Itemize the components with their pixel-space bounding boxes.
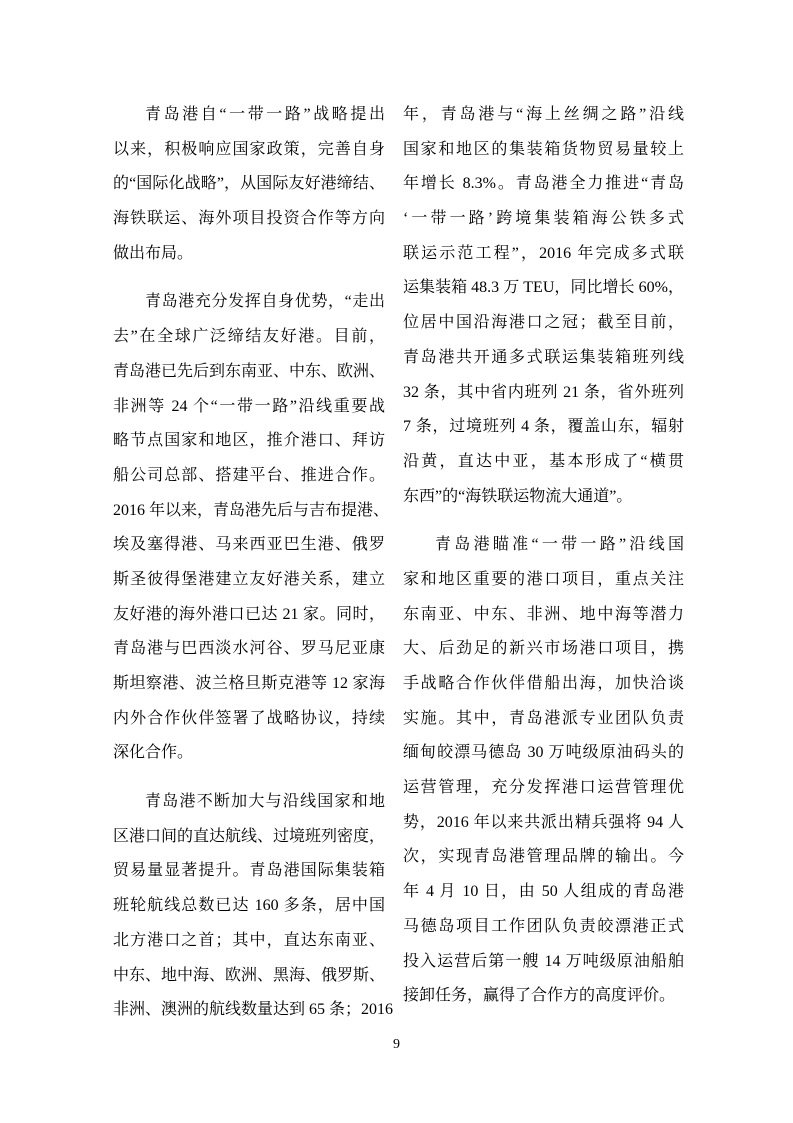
text-line: 运集装箱 48.3 万 TEU，同比增长 60%， [403, 271, 684, 306]
text-line: 位居中国沿海港口之冠；截至目前， [403, 306, 684, 341]
text-line: 青岛港不断加大与沿线国家和地 [113, 785, 385, 820]
paragraph: 青岛港不断加大与沿线国家和地区港口间的直达航线、过境班列密度，贸易量显著提升。青… [113, 785, 385, 1028]
text-line: 埃及塞得港、马来西亚巴生港、俄罗 [113, 528, 385, 563]
text-line: 青岛港与巴西淡水河谷、罗马尼亚康 [113, 632, 385, 667]
text-line: 略节点国家和地区，推介港口、拜访 [113, 424, 385, 459]
text-line: 深化合作。 [113, 736, 385, 771]
text-line: 的“国际化战略”，从国际友好港缔结、 [113, 167, 385, 202]
text-line: 沿黄，直达中亚，基本形成了“横贯 [403, 445, 684, 480]
text-line: 势，2016 年以来共派出精兵强将 94 人 [403, 806, 684, 841]
text-line: 32 条，其中省内班列 21 条，省外班列 [403, 376, 684, 411]
text-line: 船公司总部、搭建平台、推进合作。 [113, 459, 385, 494]
text-line: 内外合作伙伴签署了战略协议，持续 [113, 702, 385, 737]
text-line: 斯圣彼得堡港建立友好港关系，建立 [113, 563, 385, 598]
text-line: 青岛港瞄准“一带一路”沿线国 [403, 528, 684, 563]
text-column-left: 青岛港自“一带一路”战略提出以来，积极响应国家政策，完善自身的“国际化战略”，从… [113, 98, 385, 1042]
text-line: 接卸任务，赢得了合作方的高度评价。 [403, 979, 684, 1014]
text-line: 次，实现青岛港管理品牌的输出。今 [403, 840, 684, 875]
text-line: 青岛港充分发挥自身优势，“走出 [113, 285, 385, 320]
text-line: 非洲等 24 个“一带一路”沿线重要战 [113, 390, 385, 425]
paragraph: 青岛港自“一带一路”战略提出以来，积极响应国家政策，完善自身的“国际化战略”，从… [113, 98, 385, 271]
text-line: 年，青岛港与“海上丝绸之路”沿线 [403, 98, 684, 133]
text-line: 班轮航线总数已达 160 多条，居中国 [113, 889, 385, 924]
text-line: 缅甸皎漂马德岛 30 万吨级原油码头的 [403, 736, 684, 771]
text-line: 2016 年以来，青岛港先后与吉布提港、 [113, 494, 385, 529]
text-line: 青岛港共开通多式联运集装箱班列线 [403, 341, 684, 376]
text-line: 海铁联运、海外项目投资合作等方向 [113, 202, 385, 237]
text-line: 青岛港已先后到东南亚、中东、欧洲、 [113, 355, 385, 390]
text-line: 斯坦察港、波兰格旦斯克港等 12 家海 [113, 667, 385, 702]
text-line: 年 4 月 10 日，由 50 人组成的青岛港 [403, 875, 684, 910]
text-line: 东南亚、中东、非洲、地中海等潜力 [403, 598, 684, 633]
text-line: 北方港口之首；其中，直达东南亚、 [113, 924, 385, 959]
text-line: 联运示范工程”，2016 年完成多式联 [403, 237, 684, 272]
text-line: 投入运营后第一艘 14 万吨级原油船舶 [403, 945, 684, 980]
text-line: 做出布局。 [113, 237, 385, 272]
text-line: 家和地区重要的港口项目，重点关注 [403, 563, 684, 598]
paragraph: 青岛港瞄准“一带一路”沿线国家和地区重要的港口项目，重点关注东南亚、中东、非洲、… [403, 528, 684, 1014]
text-line: 7 条，过境班列 4 条，覆盖山东，辐射 [403, 410, 684, 445]
text-line: 手战略合作伙伴借船出海，加快洽谈 [403, 667, 684, 702]
text-line: 以来，积极响应国家政策，完善自身 [113, 133, 385, 168]
text-line: 东西”的“海铁联运物流大通道”。 [403, 480, 684, 515]
text-line: 马德岛项目工作团队负责皎漂港正式 [403, 910, 684, 945]
text-column-right: 年，青岛港与“海上丝绸之路”沿线国家和地区的集装箱货物贸易量较上年增长 8.3%… [403, 98, 684, 1028]
text-line: 非洲、澳洲的航线数量达到 65 条；2016 [113, 993, 385, 1028]
text-line: 贸易量显著提升。青岛港国际集装箱 [113, 854, 385, 889]
page-number: 9 [0, 1036, 793, 1054]
document-page: 青岛港自“一带一路”战略提出以来，积极响应国家政策，完善自身的“国际化战略”，从… [0, 0, 793, 1123]
text-line: 去”在全球广泛缔结友好港。目前， [113, 320, 385, 355]
text-line: ‘一带一路’跨境集装箱海公铁多式 [403, 202, 684, 237]
text-line: 年增长 8.3%。青岛港全力推进“青岛 [403, 167, 684, 202]
paragraph: 青岛港充分发挥自身优势，“走出去”在全球广泛缔结友好港。目前，青岛港已先后到东南… [113, 285, 385, 771]
text-line: 国家和地区的集装箱货物贸易量较上 [403, 133, 684, 168]
paragraph: 年，青岛港与“海上丝绸之路”沿线国家和地区的集装箱货物贸易量较上年增长 8.3%… [403, 98, 684, 514]
text-line: 运营管理，充分发挥港口运营管理优 [403, 771, 684, 806]
text-line: 友好港的海外港口已达 21 家。同时， [113, 598, 385, 633]
text-line: 实施。其中，青岛港派专业团队负责 [403, 702, 684, 737]
text-line: 中东、地中海、欧洲、黑海、俄罗斯、 [113, 959, 385, 994]
text-line: 青岛港自“一带一路”战略提出 [113, 98, 385, 133]
text-line: 区港口间的直达航线、过境班列密度， [113, 820, 385, 855]
text-line: 大、后劲足的新兴市场港口项目，携 [403, 632, 684, 667]
